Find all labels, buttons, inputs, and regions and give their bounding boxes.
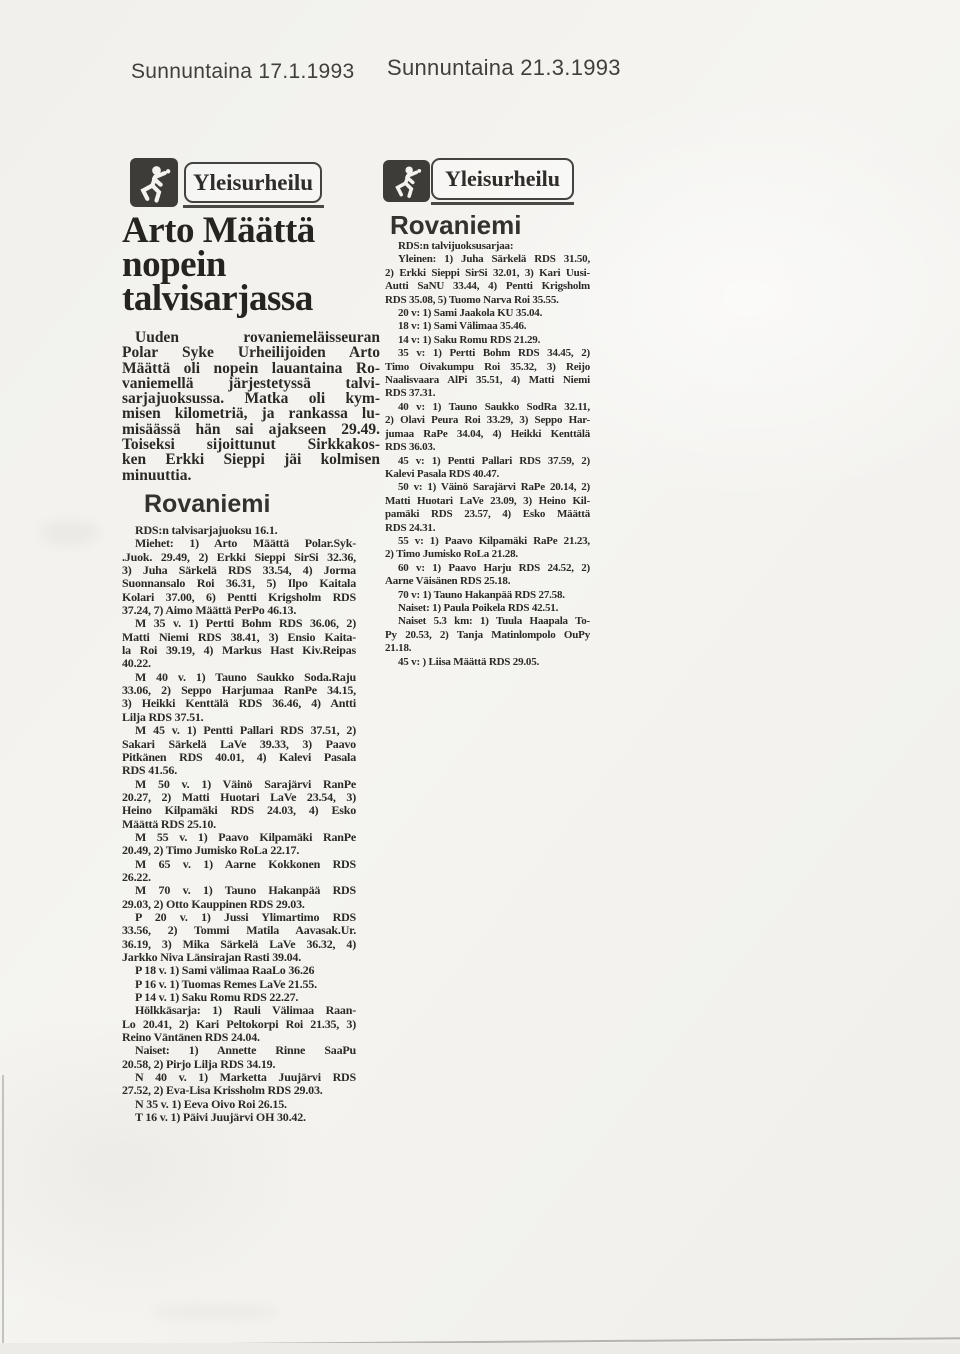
text-line: 26.22. [122, 871, 356, 884]
text-line: Lo 20.41, 2) Kari Peltokorpi Roi 21.35, … [122, 1018, 356, 1031]
text-line: 60 v: 1) Paavo Harju RDS 24.52, 2) [385, 562, 590, 575]
text-line: la Roi 39.19, 4) Markus Hast Kiv.Reipas [122, 644, 356, 657]
text-line: Polar Syke Urheilijoiden Arto [122, 345, 380, 360]
text-line: 70 v: 1) Tauno Hakanpää RDS 27.58. [385, 589, 590, 602]
text-line: 3) Juha Särkelä RDS 33.54, 4) Jorma [122, 564, 356, 577]
text-line: N 35 v. 1) Eeva Oivo Roi 26.15. [122, 1098, 356, 1111]
text-line: Naalisvaara AlPi 35.51, 4) Matti Niemi [385, 374, 590, 387]
text-line: Miehet: 1) Arto Määttä Polar.Syk- [122, 537, 356, 550]
text-line: RDS 36.03. [385, 441, 590, 454]
text-line: 20.58, 2) Pirjo Lilja RDS 34.19. [122, 1058, 356, 1071]
text-line: misäässä hän sai ajakseen 29.49. [122, 422, 380, 437]
text-line: 3) Heikki Kenttälä RDS 36.46, 4) Antti [122, 697, 356, 710]
text-line: 20 v: 1) Sami Jaakola KU 35.04. [385, 307, 590, 320]
badge-underline [183, 205, 324, 208]
text-line: Timo Oivakumpu Roi 35.32, 3) Reijo [385, 361, 590, 374]
text-line: 40.22. [122, 657, 356, 670]
text-line: RDS 24.31. [385, 522, 590, 535]
text-line: ken Erkki Sieppi jäi kolmisen [122, 452, 380, 467]
text-line: M 45 v. 1) Pentti Pallari RDS 37.51, 2) [122, 724, 356, 737]
text-line: N 40 v. 1) Marketta Juujärvi RDS [122, 1071, 356, 1084]
text-line: vaniemellä järjestetyssä talvi- [122, 376, 380, 391]
text-line: M 55 v. 1) Paavo Kilpamäki RanPe [122, 831, 356, 844]
text-line: M 65 v. 1) Aarne Kokkonen RDS [122, 858, 356, 871]
text-line: 14 v: 1) Saku Romu RDS 21.29. [385, 334, 590, 347]
text-line: M 70 v. 1) Tauno Hakanpää RDS [122, 884, 356, 897]
headline-line: talvisarjassa [122, 282, 315, 316]
text-line: RDS:n talvisarjajuoksu 16.1. [122, 524, 356, 537]
clipping-date-right: Sunnuntaina 21.3.1993 [387, 55, 621, 81]
text-line: 35 v: 1) Pertti Bohm RDS 34.45, 2) [385, 347, 590, 360]
text-line: 29.03, 2) Otto Kauppinen RDS 29.03. [122, 898, 356, 911]
text-line: 21.18. [385, 642, 590, 655]
badge-label: Yleisurheilu [193, 170, 313, 196]
text-line: 40 v: 1) Tauno Saukko SodRa 32.11, [385, 401, 590, 414]
text-line: Jarkko Niva Länsirajan Rasti 39.04. [122, 951, 356, 964]
text-line: 27.52, 2) Eva-Lisa Krissholm RDS 29.03. [122, 1084, 356, 1097]
text-line: 36.19, 3) Mika Särkelä LaVe 36.32, 4) [122, 938, 356, 951]
text-line: Matti Niemi RDS 38.41, 3) Ensio Kaita- [122, 631, 356, 644]
text-line: 2) Erkki Sieppi SirSi 32.01, 3) Kari Uus… [385, 267, 590, 280]
text-line: .Juok. 29.49, 2) Erkki Sieppi SirSi 32.3… [122, 551, 356, 564]
text-line: T 16 v. 1) Päivi Juujärvi OH 30.42. [122, 1111, 356, 1124]
text-line: Py 20.53, 2) Tanja Matinlompolo OuPy [385, 629, 590, 642]
text-line: Aarne Väisänen RDS 25.18. [385, 575, 590, 588]
text-line: pamäki RDS 23.57, 4) Esko Määttä [385, 508, 590, 521]
text-line: 45 v: ) Liisa Määttä RDS 29.05. [385, 656, 590, 669]
headline-line: nopein [122, 248, 315, 282]
scanned-scrapbook-page: Sunnuntaina 17.1.1993 Sunnuntaina 21.3.1… [0, 0, 960, 1354]
yleisurheilu-badge: Yleisurheilu [184, 162, 322, 203]
text-line: 2) Olavi Peura Roi 33.29, 3) Seppo Har- [385, 414, 590, 427]
text-line: 55 v: 1) Paavo Kilpamäki RaPe 21.23, [385, 535, 590, 548]
text-line: Määttä oli nopein lauantaina Ro- [122, 361, 380, 376]
text-line: Yleinen: 1) Juha Särkelä RDS 31.50, [385, 253, 590, 266]
text-line: 33.56, 2) Tommi Matila Aavasak.Ur. [122, 924, 356, 937]
text-line: RDS 41.56. [122, 764, 356, 777]
text-line: Matti Huotari LaVe 23.09, 3) Heino Kil- [385, 495, 590, 508]
text-line: P 18 v. 1) Sami välimaa RaaLo 36.26 [122, 964, 356, 977]
text-line: Pitkänen RDS 40.01, 4) Kalevi Pasala [122, 751, 356, 764]
text-line: 20.49, 2) Timo Jumisko RoLa 22.17. [122, 844, 356, 857]
page-edge-left [2, 1075, 4, 1345]
text-line: jumaa RaPe 34.04, 4) Heikki Kenttälä [385, 428, 590, 441]
text-line: M 40 v. 1) Tauno Saukko Soda.Raju [122, 671, 356, 684]
text-line: P 20 v. 1) Jussi Ylimartimo RDS [122, 911, 356, 924]
badge-underline [431, 202, 574, 205]
text-line: sarjajuoksussa. Matka oli kym- [122, 391, 380, 406]
text-line: P 14 v. 1) Saku Romu RDS 22.27. [122, 991, 356, 1004]
text-line: Naiset 5.3 km: 1) Tuula Haapala To- [385, 615, 590, 628]
page-edge-shade [0, 1343, 960, 1354]
text-line: 20.27, 2) Matti Huotari LaVe 23.54, 3) [122, 791, 356, 804]
text-line: Kolari 37.00, 6) Pentti Krigsholm RDS [122, 591, 356, 604]
text-line: 45 v: 1) Pentti Pallari RDS 37.59, 2) [385, 455, 590, 468]
text-line: Sakari Särkelä LaVe 39.33, 3) Paavo [122, 738, 356, 751]
yleisurheilu-badge: Yleisurheilu [431, 158, 574, 200]
text-line: 37.24, 7) Aimo Määttä PerPo 46.13. [122, 604, 356, 617]
intro-paragraph: Uuden rovaniemeläisseuranPolar Syke Urhe… [122, 330, 380, 483]
text-line: RDS 37.31. [385, 387, 590, 400]
text-line: Lilja RDS 37.51. [122, 711, 356, 724]
runner-icon [130, 158, 178, 207]
badge-label: Yleisurheilu [445, 166, 560, 192]
text-line: Naiset: 1) Annette Rinne SaaPu [122, 1044, 356, 1057]
text-line: 33.06, 2) Seppo Harjumaa RanPe 34.15, [122, 684, 356, 697]
results-list-left: RDS:n talvisarjajuoksu 16.1.Miehet: 1) A… [122, 524, 356, 1124]
text-line: RDS:n talvijuoksusarjaa: [385, 240, 590, 253]
results-list-right: RDS:n talvijuoksusarjaa:Yleinen: 1) Juha… [385, 240, 590, 669]
text-line: M 50 v. 1) Väinö Sarajärvi RanPe [122, 778, 356, 791]
runner-icon [383, 160, 430, 202]
text-line: Suonnansalo Roi 36.31, 5) Ilpo Kaitala [122, 577, 356, 590]
clipping-date-left: Sunnuntaina 17.1.1993 [131, 60, 355, 84]
text-line: Määttä RDS 25.10. [122, 818, 356, 831]
text-line: 18 v: 1) Sami Välimaa 35.46. [385, 320, 590, 333]
text-line: minuuttia. [122, 468, 380, 483]
text-line: Hölkkäsarja: 1) Rauli Välimaa Raan- [122, 1004, 356, 1017]
text-line: RDS 35.08, 5) Tuomo Narva Roi 35.55. [385, 294, 590, 307]
scan-smudge [40, 520, 100, 546]
text-line: misen kilometriä, ja rankassa lu- [122, 406, 380, 421]
text-line: Kalevi Pasala RDS 40.47. [385, 468, 590, 481]
text-line: 2) Timo Jumisko RoLa 21.28. [385, 548, 590, 561]
headline-arto-maatta: Arto Määttänopeintalvisarjassa [122, 214, 315, 316]
text-line: Reino Väntänen RDS 24.04. [122, 1031, 356, 1044]
text-line: Uuden rovaniemeläisseuran [122, 330, 380, 345]
text-line: Toiseksi sijoittunut Sirkkakos- [122, 437, 380, 452]
text-line: Heino Kilpamäki RDS 24.03, 4) Esko [122, 804, 356, 817]
text-line: M 35 v. 1) Pertti Bohm RDS 36.06, 2) [122, 617, 356, 630]
subhead-rovaniemi-left: Rovaniemi [144, 490, 270, 519]
heading-rovaniemi-right: Rovaniemi [390, 210, 522, 241]
headline-line: Arto Määttä [122, 214, 315, 248]
scan-smudge [150, 1305, 280, 1319]
text-line: P 16 v. 1) Tuomas Remes LaVe 21.55. [122, 978, 356, 991]
text-line: Autti SaNU 33.44, 4) Pentti Krigsholm [385, 280, 590, 293]
text-line: 50 v: 1) Väinö Sarajärvi RaPe 20.14, 2) [385, 481, 590, 494]
text-line: Naiset: 1) Paula Poikela RDS 42.51. [385, 602, 590, 615]
